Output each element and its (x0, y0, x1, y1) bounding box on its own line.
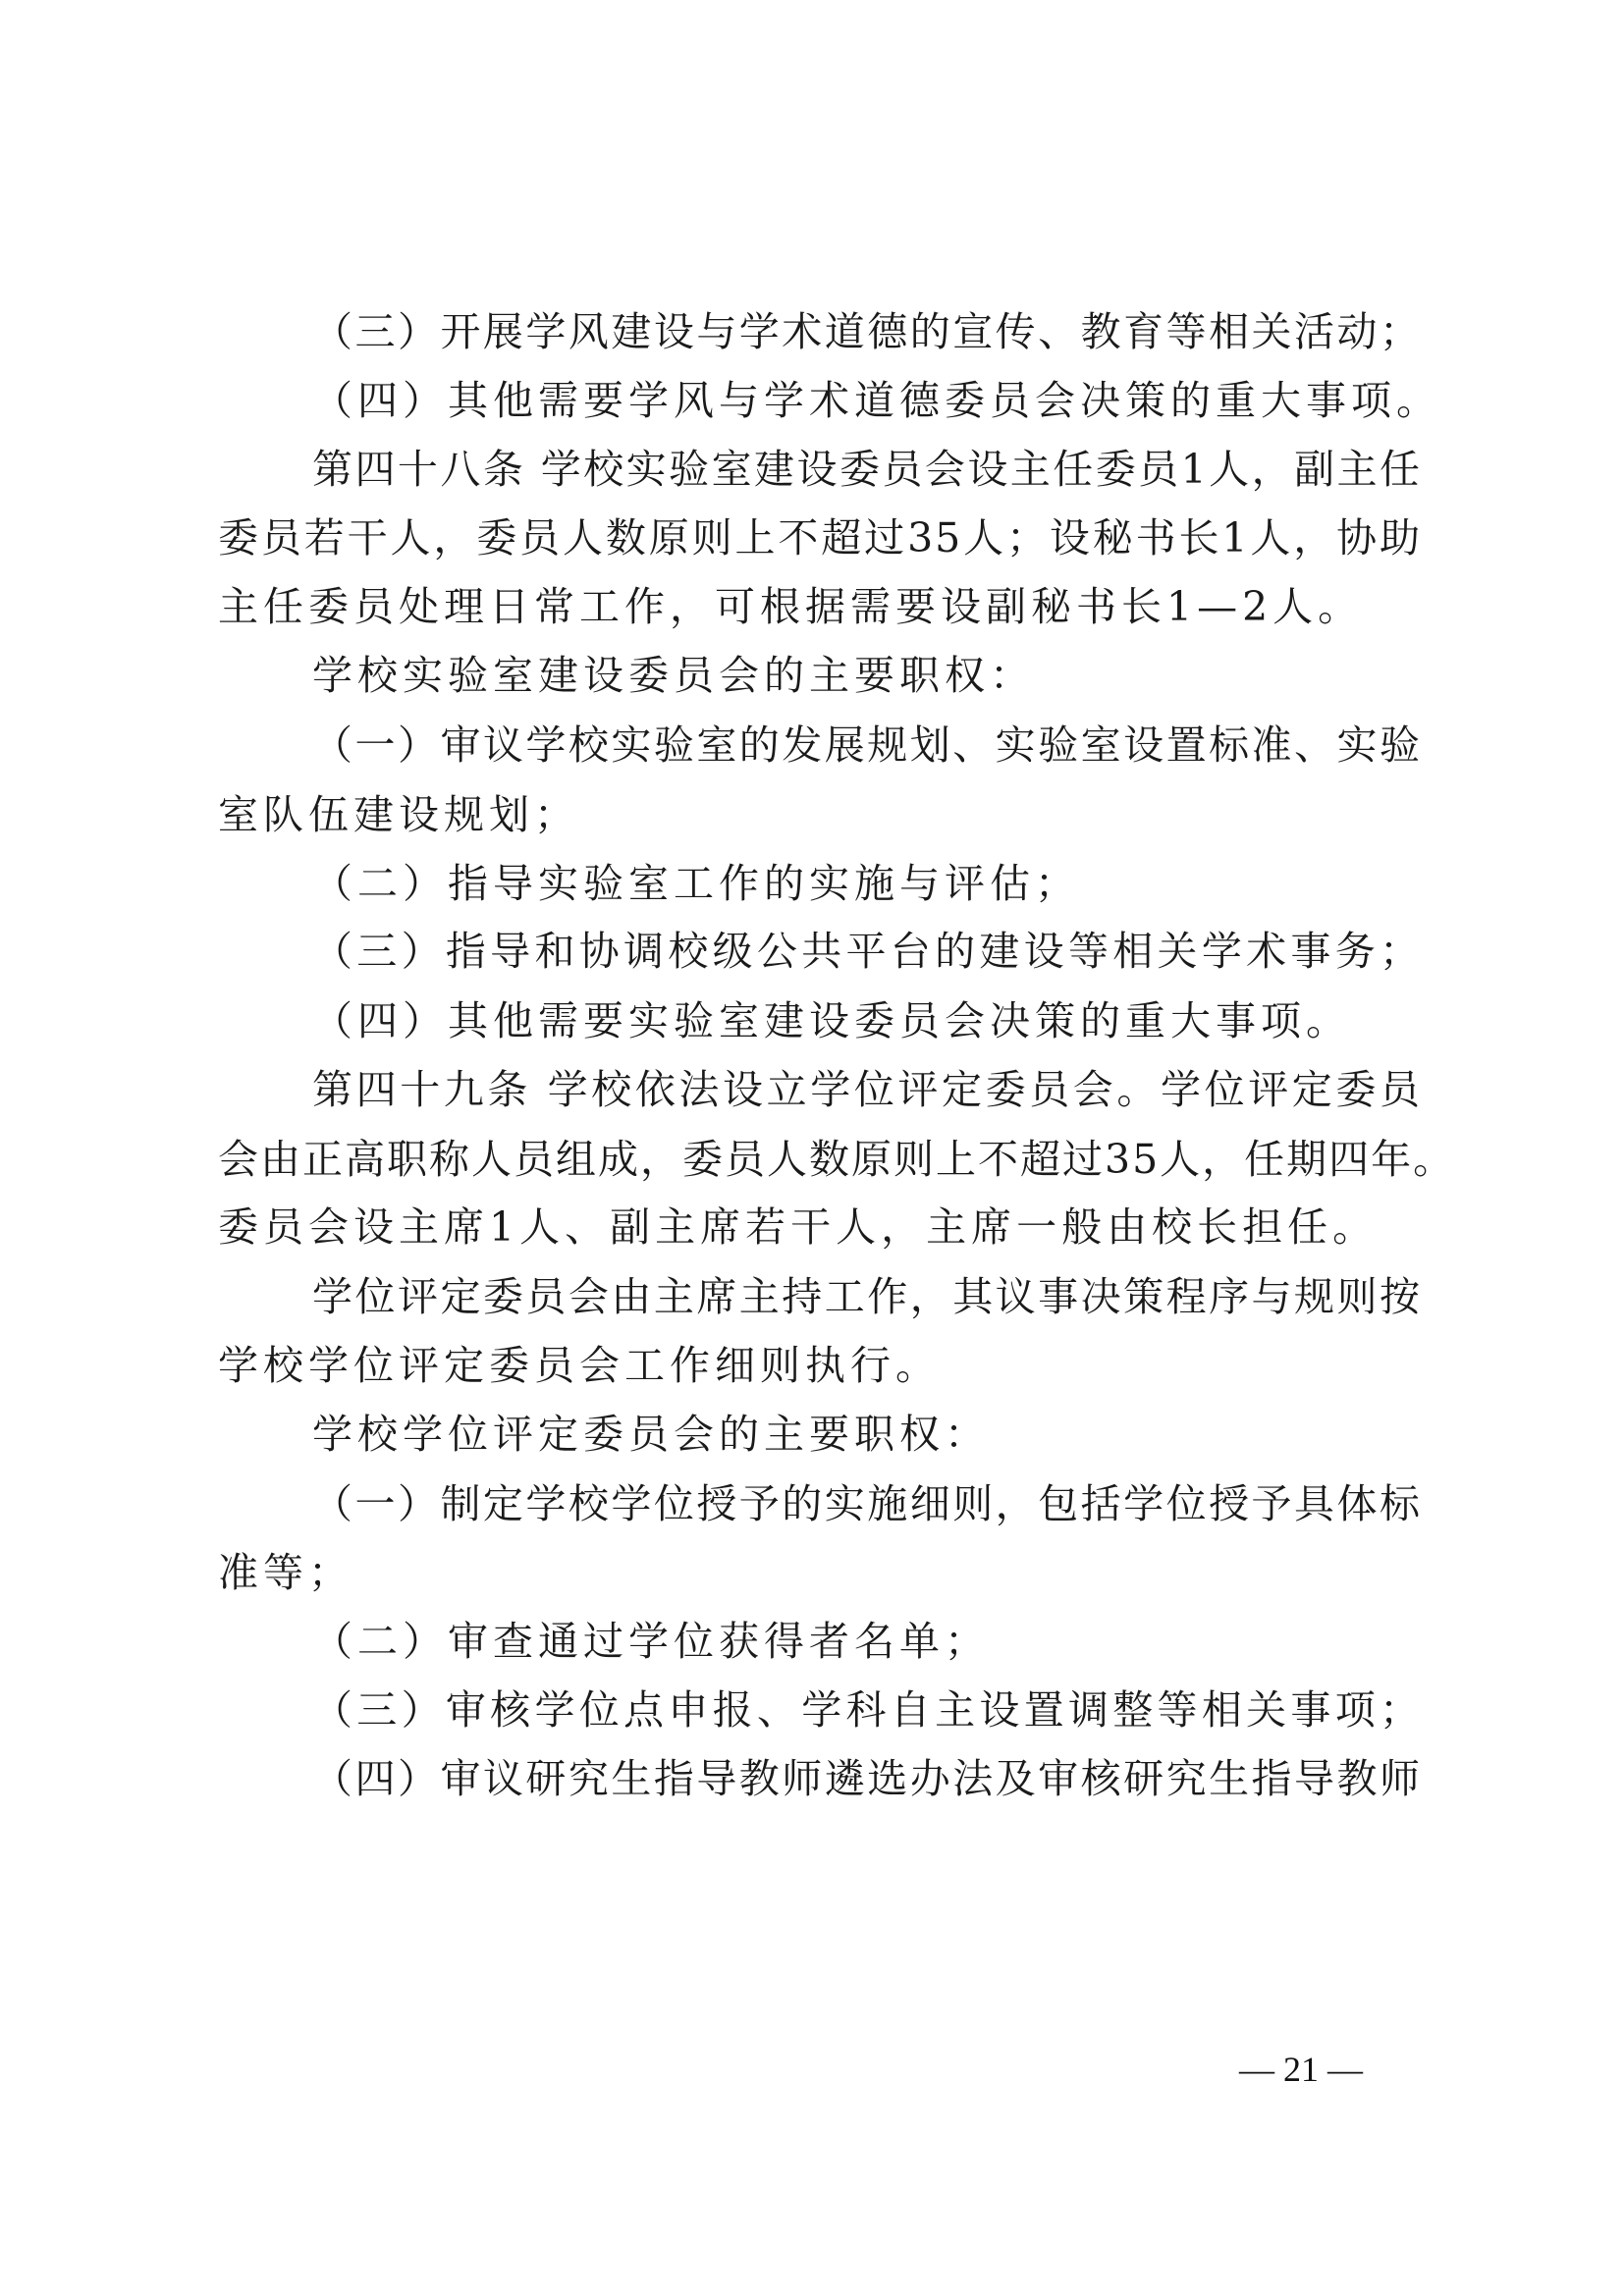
list-item-line: （一）审议学校实验室的发展规划、实验室设置标准、实验 (312, 718, 1422, 773)
list-item-line: （一）制定学校学位授予的实施细则，包括学位授予具体标 (312, 1476, 1422, 1531)
article-49-heading-line: 第四十九条 学校依法设立学位评定委员会。学位评定委员 (312, 1062, 1422, 1117)
list-item-line: （四）其他需要实验室建设委员会决策的重大事项。 (312, 993, 1351, 1048)
list-item-line: 准等； (218, 1545, 353, 1600)
paragraph-line: 学校实验室建设委员会的主要职权： (312, 648, 1035, 703)
paragraph-line: 会由正高职称人员组成，委员人数原则上不超过35人，任期四年。 (218, 1132, 1422, 1187)
list-item-line: （四）审议研究生指导教师遴选办法及审核研究生指导教师 (312, 1751, 1422, 1806)
list-item-line: （三）指导和协调校级公共平台的建设等相关学术事务； (312, 924, 1422, 979)
paragraph-line: 主任委员处理日常工作，可根据需要设副秘书长1—2人。 (218, 579, 1363, 634)
paragraph-line: 学校学位评定委员会工作细则执行。 (218, 1338, 941, 1393)
list-item-line: （三）审核学位点申报、学科自主设置调整等相关事项； (312, 1682, 1422, 1737)
paragraph-line: （四）其他需要学风与学术道德委员会决策的重大事项。 (312, 373, 1441, 428)
paragraph-line: 委员若干人，委员人数原则上不超过35人；设秘书长1人，协助 (218, 510, 1422, 565)
paragraph-line: 学校学位评定委员会的主要职权： (312, 1407, 990, 1462)
list-item-line: （二）指导实验室工作的实施与评估； (312, 856, 1080, 911)
page-number: — 21 — (1239, 2048, 1363, 2091)
document-page: （三）开展学风建设与学术道德的宣传、教育等相关活动； （四）其他需要学风与学术道… (0, 0, 1624, 2296)
paragraph-line: （三）开展学风建设与学术道德的宣传、教育等相关活动； (312, 304, 1422, 359)
paragraph-line: 委员会设主席1人、副主席若干人，主席一般由校长担任。 (218, 1200, 1378, 1255)
list-item-line: （二）审查通过学位获得者名单； (312, 1614, 990, 1669)
article-48-heading-line: 第四十八条 学校实验室建设委员会设主任委员1人，副主任 (312, 442, 1422, 497)
paragraph-line: 学位评定委员会由主席主持工作，其议事决策程序与规则按 (312, 1269, 1422, 1324)
list-item-line: 室队伍建设规划； (218, 787, 579, 842)
